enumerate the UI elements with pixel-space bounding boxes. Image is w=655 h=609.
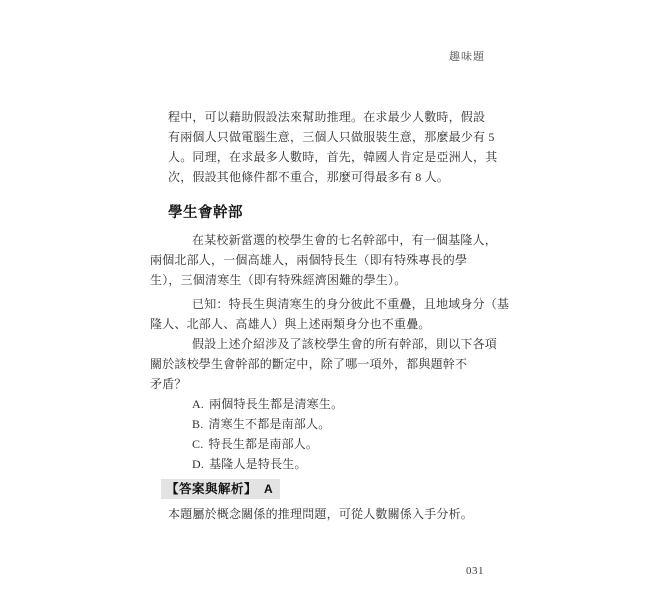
paragraph-line: 次，假設其他條件都不重合，那麼可得最多有 8 人。 [168,167,497,187]
solution-line: 本題屬於概念關係的推理問題，可從人數關係入手分析。 [168,504,473,524]
option-a: A.兩個特長生都是清寒生。 [192,394,343,414]
option-label: A. [192,394,204,414]
paragraph-line: 生），三個清寒生（即有特殊經濟困難的學生）。 [150,270,497,290]
paragraph-line: 關於該校學生會幹部的斷定中，除了哪一項外，都與題幹不 [150,354,497,374]
paragraph-line: 假設上述介紹涉及了該校學生會的所有幹部，則以下各項 [150,334,497,354]
option-d: D.基隆人是特長生。 [192,454,343,474]
option-text: 清寒生不都是南部人。 [208,417,330,431]
paragraph-line: 人。同理，在求最多人數時，首先，韓國人肯定是亞洲人，其 [168,147,497,167]
option-b: B.清寒生不都是南部人。 [192,414,343,434]
book-page: 趣味題 程中，可以藉助假設法來幫助推理。在求最少人數時，假設 有兩個人只做電腦生… [0,0,655,609]
options-list: A.兩個特長生都是清寒生。 B.清寒生不都是南部人。 C.特長生都是南部人。 D… [192,394,343,474]
option-text: 基隆人是特長生。 [209,457,307,471]
option-label: C. [192,434,203,454]
paragraph-line: 在某校新當選的校學生會的七名幹部中，有一個基隆人， [150,230,497,250]
paragraph-line: 已知：特長生與清寒生的身分彼此不重疊，且地域身分（基 [150,294,509,314]
paragraph-line: 隆人、北部人、高雄人）與上述兩類身分也不重疊。 [150,314,509,334]
paragraph-line: 矛盾？ [150,374,497,394]
continuation-paragraph: 程中，可以藉助假設法來幫助推理。在求最少人數時，假設 有兩個人只做電腦生意，三個… [168,107,497,187]
answer-box: 【答案與解析】A [161,479,280,499]
known-conditions-paragraph: 已知：特長生與清寒生的身分彼此不重疊，且地域身分（基 隆人、北部人、高雄人）與上… [150,294,509,334]
option-label: D. [192,454,204,474]
solution-paragraph: 本題屬於概念關係的推理問題，可從人數關係入手分析。 [168,504,473,524]
paragraph-line: 程中，可以藉助假設法來幫助推理。在求最少人數時，假設 [168,107,497,127]
paragraph-line: 兩個北部人，一個高雄人，兩個特長生（即有特殊專長的學 [150,250,497,270]
question-paragraph: 假設上述介紹涉及了該校學生會的所有幹部，則以下各項 關於該校學生會幹部的斷定中，… [150,334,497,394]
running-header: 趣味題 [449,51,485,64]
option-text: 特長生都是南部人。 [208,437,318,451]
paragraph-line: 有兩個人只做電腦生意，三個人只做服裝生意，那麼最少有 5 [168,127,497,147]
answer-box-label: 【答案與解析】 [166,482,257,496]
option-text: 兩個特長生都是清寒生。 [209,397,343,411]
intro-paragraph: 在某校新當選的校學生會的七名幹部中，有一個基隆人， 兩個北部人，一個高雄人，兩個… [150,230,497,290]
section-heading: 學生會幹部 [168,203,243,223]
option-c: C.特長生都是南部人。 [192,434,343,454]
page-number: 031 [466,565,484,578]
answer-value: A [264,482,273,496]
option-label: B. [192,414,203,434]
